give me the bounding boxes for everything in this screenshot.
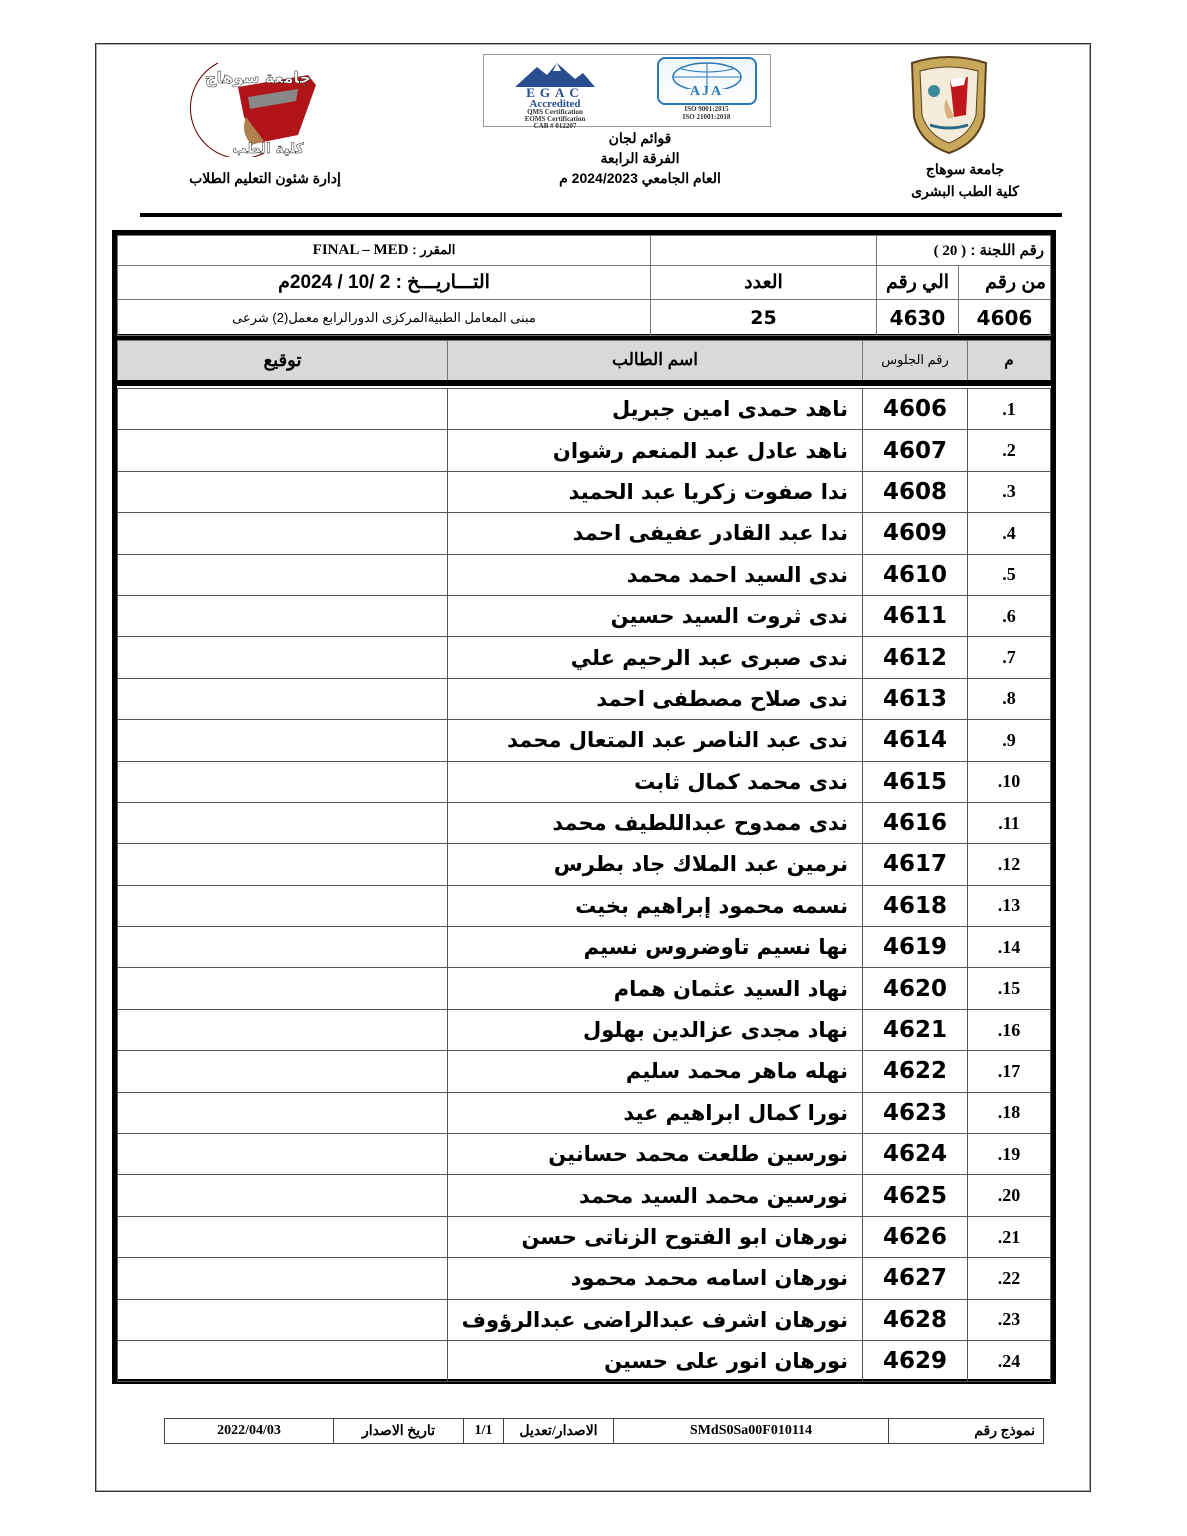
count-label: العدد xyxy=(651,266,877,300)
table-row: 10.4615ندى محمد كمال ثابت xyxy=(118,761,1051,802)
signature-cell[interactable] xyxy=(118,1051,448,1092)
signature-cell[interactable] xyxy=(118,471,448,512)
signature-cell[interactable] xyxy=(118,637,448,678)
table-row: 21.4626نورهان ابو الفتوح الزناتى حسن xyxy=(118,1216,1051,1257)
table-row: 14.4619نها نسيم تاوضروس نسيم xyxy=(118,927,1051,968)
student-name: نهله ماهر محمد سليم xyxy=(448,1051,863,1092)
seat-number: 4626 xyxy=(863,1216,968,1257)
title-line-2: الفرقة الرابعة xyxy=(520,148,760,168)
signature-cell[interactable] xyxy=(118,1009,448,1050)
seat-number: 4624 xyxy=(863,1134,968,1175)
seat-number: 4622 xyxy=(863,1051,968,1092)
exam-location: مبنى المعامل الطبيةالمركزى الدورالرابع م… xyxy=(118,300,651,336)
row-index: 8. xyxy=(968,678,1051,719)
table-row: 16.4621نهاد مجدى عزالدين بهلول xyxy=(118,1009,1051,1050)
header-divider xyxy=(140,213,1062,217)
seat-number: 4614 xyxy=(863,720,968,761)
form-number-label: نموذج رقم xyxy=(889,1419,1044,1444)
row-index: 22. xyxy=(968,1258,1051,1299)
course-cell: المقرر : FINAL – MED xyxy=(118,236,651,266)
table-row: 2.4607ناهد عادل عبد المنعم رشوان xyxy=(118,430,1051,471)
signature-cell[interactable] xyxy=(118,968,448,1009)
signature-cell[interactable] xyxy=(118,554,448,595)
student-name: نورهان انور على حسين xyxy=(448,1340,863,1381)
date-cell: التـــاريـــخ : 2 /10 / 2024م xyxy=(118,266,651,300)
seat-number: 4628 xyxy=(863,1299,968,1340)
table-row: 20.4625نورسين محمد السيد محمد xyxy=(118,1175,1051,1216)
from-value: 4606 xyxy=(959,300,1051,336)
signature-cell[interactable] xyxy=(118,720,448,761)
student-name: ندا عبد القادر عفيفى احمد xyxy=(448,513,863,554)
seat-number: 4616 xyxy=(863,802,968,843)
title-line-1: قوائم لجان xyxy=(520,128,760,148)
row-index: 23. xyxy=(968,1299,1051,1340)
header-signature: توقيع xyxy=(118,341,448,383)
table-row: 24.4629نورهان انور على حسين xyxy=(118,1340,1051,1381)
student-name: نسمه محمود إبراهيم بخيت xyxy=(448,885,863,926)
student-name: نها نسيم تاوضروس نسيم xyxy=(448,927,863,968)
seat-number: 4609 xyxy=(863,513,968,554)
table-header-row: م رقم الجلوس اسم الطالب توقيع xyxy=(118,341,1051,383)
row-index: 15. xyxy=(968,968,1051,1009)
student-name: نورا كمال ابراهيم عيد xyxy=(448,1092,863,1133)
table-row: 12.4617نرمين عبد الملاك جاد بطرس xyxy=(118,844,1051,885)
university-name-block: جامعة سوهاج كلية الطب البشرى xyxy=(890,158,1040,202)
faculty-of-medicine-logo: جامعة سوهاج كلية الطب xyxy=(148,57,328,157)
table-row: 3.4608ندا صفوت زكريا عبد الحميد xyxy=(118,471,1051,512)
seat-number: 4625 xyxy=(863,1175,968,1216)
row-index: 3. xyxy=(968,471,1051,512)
signature-cell[interactable] xyxy=(118,927,448,968)
student-name: ندى ممدوح عبداللطيف محمد xyxy=(448,802,863,843)
student-name: نورهان اشرف عبدالراضى عبدالرؤوف xyxy=(448,1299,863,1340)
student-name: نورهان اسامه محمد محمود xyxy=(448,1258,863,1299)
student-name: ندى محمد كمال ثابت xyxy=(448,761,863,802)
seat-number: 4610 xyxy=(863,554,968,595)
seat-number: 4618 xyxy=(863,885,968,926)
table-row: 7.4612ندى صبرى عبد الرحيم علي xyxy=(118,637,1051,678)
student-name: ندى السيد احمد محمد xyxy=(448,554,863,595)
seat-number: 4619 xyxy=(863,927,968,968)
from-label: من رقم xyxy=(959,266,1051,300)
signature-cell[interactable] xyxy=(118,1299,448,1340)
table-row: 4.4609ندا عبد القادر عفيفى احمد xyxy=(118,513,1051,554)
signature-cell[interactable] xyxy=(118,1216,448,1257)
row-index: 18. xyxy=(968,1092,1051,1133)
row-index: 10. xyxy=(968,761,1051,802)
to-value: 4630 xyxy=(877,300,959,336)
row-index: 24. xyxy=(968,1340,1051,1381)
row-index: 11. xyxy=(968,802,1051,843)
table-row: 9.4614ندى عبد الناصر عبد المتعال محمد xyxy=(118,720,1051,761)
svg-text:كلية الطب: كلية الطب xyxy=(232,141,304,157)
sohag-university-logo xyxy=(906,55,992,155)
student-name: نهاد مجدى عزالدين بهلول xyxy=(448,1009,863,1050)
signature-cell[interactable] xyxy=(118,513,448,554)
signature-cell[interactable] xyxy=(118,1134,448,1175)
table-row: 22.4627نورهان اسامه محمد محمود xyxy=(118,1258,1051,1299)
seat-number: 4612 xyxy=(863,637,968,678)
student-name: نهاد السيد عثمان همام xyxy=(448,968,863,1009)
form-info-footer: نموذج رقم SMdS0Sa00F010114 الاصدار/تعديل… xyxy=(164,1418,1044,1444)
seat-number: 4629 xyxy=(863,1340,968,1381)
row-index: 20. xyxy=(968,1175,1051,1216)
row-index: 4. xyxy=(968,513,1051,554)
revision-label: الاصدار/تعديل xyxy=(504,1419,614,1444)
row-index: 12. xyxy=(968,844,1051,885)
row-index: 13. xyxy=(968,885,1051,926)
seat-number: 4613 xyxy=(863,678,968,719)
faculty-name: كلية الطب البشرى xyxy=(890,180,1040,202)
row-index: 17. xyxy=(968,1051,1051,1092)
committee-number: رقم اللجنة : ( 20 ) xyxy=(877,236,1051,266)
row-index: 2. xyxy=(968,430,1051,471)
issue-date-label: تاريخ الاصدار xyxy=(334,1419,464,1444)
university-name: جامعة سوهاج xyxy=(890,158,1040,180)
department-name: إدارة شئون التعليم الطلاب xyxy=(160,170,370,187)
student-name: نورهان ابو الفتوح الزناتى حسن xyxy=(448,1216,863,1257)
academic-year: العام الجامعي 2024/2023 م xyxy=(520,168,760,188)
table-row: 23.4628نورهان اشرف عبدالراضى عبدالرؤوف xyxy=(118,1299,1051,1340)
aja-logo: AJA ISO 9001:2015 ISO 21001:2018 xyxy=(654,57,759,125)
form-number: SMdS0Sa00F010114 xyxy=(614,1419,889,1444)
signature-cell[interactable] xyxy=(118,802,448,843)
row-index: 7. xyxy=(968,637,1051,678)
table-row: 19.4624نورسين طلعت محمد حسانين xyxy=(118,1134,1051,1175)
table-row: 8.4613ندى صلاح مصطفى احمد xyxy=(118,678,1051,719)
row-index: 1. xyxy=(968,389,1051,430)
table-row: 18.4623نورا كمال ابراهيم عيد xyxy=(118,1092,1051,1133)
table-row: 13.4618نسمه محمود إبراهيم بخيت xyxy=(118,885,1051,926)
seat-number: 4608 xyxy=(863,471,968,512)
document-title-block: قوائم لجان الفرقة الرابعة العام الجامعي … xyxy=(520,128,760,188)
table-row: 1.4606ناهد حمدى امين جبريل xyxy=(118,389,1051,430)
egac-logo: EGAC Accredited QMS Certification EOMS C… xyxy=(490,57,620,125)
student-name: ندى عبد الناصر عبد المتعال محمد xyxy=(448,720,863,761)
table-row: 11.4616ندى ممدوح عبداللطيف محمد xyxy=(118,802,1051,843)
seat-number: 4606 xyxy=(863,389,968,430)
globe-icon: AJA xyxy=(657,57,757,105)
signature-cell[interactable] xyxy=(118,885,448,926)
table-row: 15.4620نهاد السيد عثمان همام xyxy=(118,968,1051,1009)
student-name: ندا صفوت زكريا عبد الحميد xyxy=(448,471,863,512)
signature-cell[interactable] xyxy=(118,1175,448,1216)
student-name: ندى صلاح مصطفى احمد xyxy=(448,678,863,719)
signature-cell[interactable] xyxy=(118,761,448,802)
header-index: م xyxy=(968,341,1051,383)
seat-number: 4620 xyxy=(863,968,968,1009)
signature-cell[interactable] xyxy=(118,595,448,636)
signature-cell[interactable] xyxy=(118,1092,448,1133)
seat-number: 4615 xyxy=(863,761,968,802)
row-index: 9. xyxy=(968,720,1051,761)
signature-cell[interactable] xyxy=(118,389,448,430)
student-name: ندى صبرى عبد الرحيم علي xyxy=(448,637,863,678)
seat-number: 4617 xyxy=(863,844,968,885)
student-name: نورسين محمد السيد محمد xyxy=(448,1175,863,1216)
table-row: 17.4622نهله ماهر محمد سليم xyxy=(118,1051,1051,1092)
table-row: 5.4610ندى السيد احمد محمد xyxy=(118,554,1051,595)
row-index: 6. xyxy=(968,595,1051,636)
committee-info-table: رقم اللجنة : ( 20 ) المقرر : FINAL – MED… xyxy=(112,230,1056,340)
seat-number: 4627 xyxy=(863,1258,968,1299)
seat-number: 4607 xyxy=(863,430,968,471)
student-name: ناهد حمدى امين جبريل xyxy=(448,389,863,430)
seat-number: 4611 xyxy=(863,595,968,636)
seat-number: 4623 xyxy=(863,1092,968,1133)
to-label: الي رقم xyxy=(877,266,959,300)
signature-cell[interactable] xyxy=(118,844,448,885)
svg-text:جامعة سوهاج: جامعة سوهاج xyxy=(205,68,311,87)
student-name: نرمين عبد الملاك جاد بطرس xyxy=(448,844,863,885)
signature-cell[interactable] xyxy=(118,1258,448,1299)
count-value: 25 xyxy=(651,300,877,336)
student-list-table: م رقم الجلوس اسم الطالب توقيع 1.4606ناهد… xyxy=(112,340,1056,1384)
table-row: 6.4611ندى ثروت السيد حسين xyxy=(118,595,1051,636)
signature-cell[interactable] xyxy=(118,430,448,471)
header-seat-number: رقم الجلوس xyxy=(863,341,968,383)
accreditation-logos: EGAC Accredited QMS Certification EOMS C… xyxy=(483,54,771,127)
row-index: 14. xyxy=(968,927,1051,968)
row-index: 5. xyxy=(968,554,1051,595)
issue-date: 2022/04/03 xyxy=(165,1419,334,1444)
student-name: نورسين طلعت محمد حسانين xyxy=(448,1134,863,1175)
header-student-name: اسم الطالب xyxy=(448,341,863,383)
revision-value: 1/1 xyxy=(464,1419,504,1444)
signature-cell[interactable] xyxy=(118,1340,448,1381)
mountain-icon xyxy=(515,61,595,87)
student-name: ناهد عادل عبد المنعم رشوان xyxy=(448,430,863,471)
row-index: 21. xyxy=(968,1216,1051,1257)
seat-number: 4621 xyxy=(863,1009,968,1050)
row-index: 19. xyxy=(968,1134,1051,1175)
student-name: ندى ثروت السيد حسين xyxy=(448,595,863,636)
row-index: 16. xyxy=(968,1009,1051,1050)
signature-cell[interactable] xyxy=(118,678,448,719)
